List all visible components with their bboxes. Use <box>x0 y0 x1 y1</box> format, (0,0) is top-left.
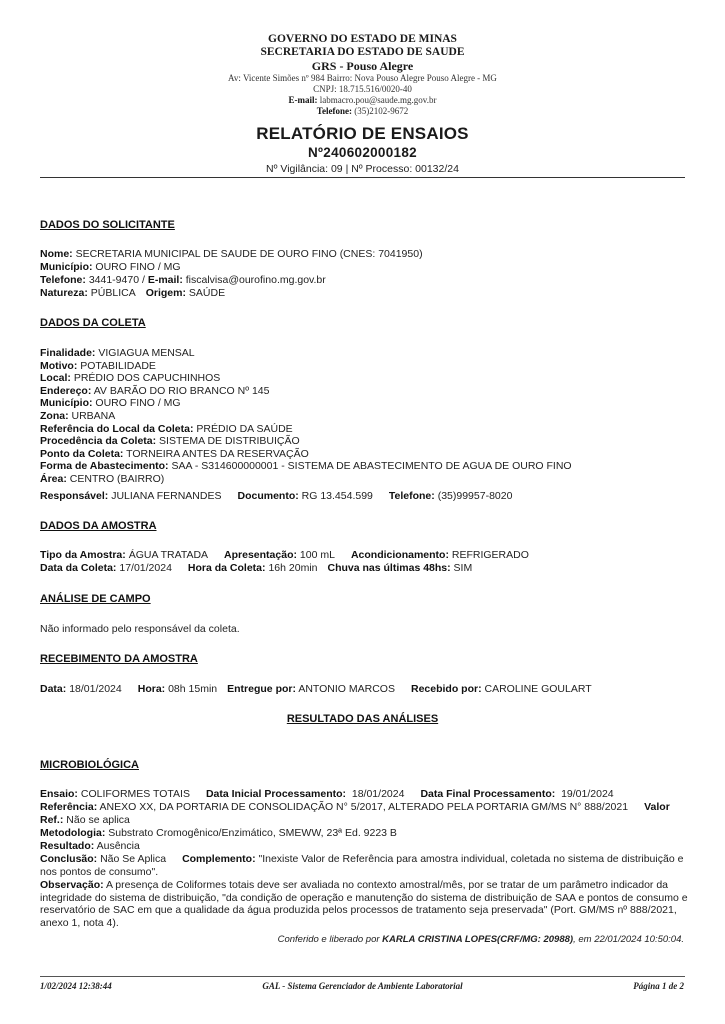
field-value: SIM <box>454 562 473 574</box>
field-value: 18/01/2024 <box>69 683 122 695</box>
coleta-field-row: Forma de Abastecimento: SAA - S314600000… <box>40 460 572 473</box>
field-value: 19/01/2024 <box>561 788 614 800</box>
header-divider <box>40 177 685 178</box>
field-label: Local: <box>40 372 71 384</box>
field-value: POTABILIDADE <box>80 360 156 372</box>
field-value: AV BARÃO DO RIO BRANCO Nº 145 <box>94 385 270 397</box>
field-label: Recebido por: <box>411 683 482 695</box>
org-line-1: GOVERNO DO ESTADO DE MINAS <box>0 33 725 46</box>
field-label: Natureza: <box>40 287 88 299</box>
org-address: Av: Vicente Simões nº 984 Bairro: Nova P… <box>0 73 725 84</box>
field-label: Acondicionamento: <box>351 549 449 561</box>
field-value: ANTONIO MARCOS <box>298 683 395 695</box>
field-label: Município: <box>40 261 93 273</box>
field-label: Forma de Abastecimento: <box>40 460 169 472</box>
field-value: SAÚDE <box>189 287 225 299</box>
report-number: Nº240602000182 <box>0 145 725 161</box>
field-value: ANEXO XX, DA PORTARIA DE CONSOLIDAÇÃO N°… <box>100 801 629 813</box>
field-value: OURO FINO / MG <box>95 261 180 273</box>
email-link[interactable]: fiscalvisa@ourofino.mg.gov.br <box>186 274 326 286</box>
coleta-field-row: Local: PRÉDIO DOS CAPUCHINHOS <box>40 372 220 385</box>
coleta-field-row: Ponto da Coleta: TORNEIRA ANTES DA RESER… <box>40 448 309 461</box>
field-label: Data Inicial Processamento: <box>206 788 346 800</box>
field-label: E-mail: <box>148 274 183 286</box>
field-value: JULIANA FERNANDES <box>111 490 221 502</box>
org-cnpj: CNPJ: 18.715.516/0020-40 <box>0 84 725 95</box>
signoff-line: Conferido e liberado por KARLA CRISTINA … <box>278 934 684 946</box>
recebimento-line: Data: 18/01/2024Hora: 08h 15minEntregue … <box>40 683 592 696</box>
field-value: PÚBLICA <box>91 287 136 299</box>
field-value: COLIFORMES TOTAIS <box>81 788 190 800</box>
report-title: RELATÓRIO DE ENSAIOS <box>0 124 725 144</box>
field-value: URBANA <box>72 410 116 422</box>
signoff-date: , em 22/01/2024 10:50:04. <box>573 934 684 945</box>
ensaio-line: Ensaio: COLIFORMES TOTAISData Inicial Pr… <box>40 788 614 801</box>
field-label: Referência: <box>40 801 97 813</box>
field-value: VIGIAGUA MENSAL <box>98 347 194 359</box>
field-label: Endereço: <box>40 385 91 397</box>
org-email-label: E-mail: <box>289 95 318 105</box>
field-value: Não Se Aplica <box>100 853 166 865</box>
field-label: Entregue por: <box>227 683 296 695</box>
observacao-paragraph: Observação: A presença de Coliformes tot… <box>40 879 688 929</box>
coleta-field-row: Finalidade: VIGIAGUA MENSAL <box>40 347 195 360</box>
field-label: Procedência da Coleta: <box>40 435 156 447</box>
solicitante-municipio: Município: OURO FINO / MG <box>40 261 181 274</box>
coleta-responsavel: Responsável: JULIANA FERNANDESDocumento:… <box>40 490 512 503</box>
coleta-field-row: Endereço: AV BARÃO DO RIO BRANCO Nº 145 <box>40 385 269 398</box>
field-label: Ref.: <box>40 814 63 826</box>
field-label: Data da Coleta: <box>40 562 116 574</box>
field-value: RG 13.454.599 <box>302 490 373 502</box>
coleta-field-row: Município: OURO FINO / MG <box>40 397 181 410</box>
solicitante-natureza: Natureza: PÚBLICAOrigem: SAÚDE <box>40 287 225 300</box>
ref-line: Ref.: Não se aplica <box>40 814 130 827</box>
field-label: Telefone: <box>389 490 435 502</box>
field-label: Hora da Coleta: <box>188 562 266 574</box>
coleta-field-row: Procedência da Coleta: SISTEMA DE DISTRI… <box>40 435 300 448</box>
coleta-field-row: Referência do Local da Coleta: PRÉDIO DA… <box>40 423 293 436</box>
metodologia-line: Metodologia: Substrato Cromogênico/Enzim… <box>40 827 397 840</box>
solicitante-contato: Telefone: 3441-9470 / E-mail: fiscalvisa… <box>40 274 326 287</box>
campo-text: Não informado pelo responsável da coleta… <box>40 623 240 636</box>
field-label: Tipo da Amostra: <box>40 549 126 561</box>
footer-page-number: Página 1 de 2 <box>633 981 684 992</box>
section-heading-microbiologica: MICROBIOLÓGICA <box>40 759 139 772</box>
field-label: Zona: <box>40 410 69 422</box>
field-label: Chuva nas últimas 48hs: <box>328 562 451 574</box>
org-phone: Telefone: (35)2102-9672 <box>0 106 725 117</box>
field-label: Telefone: <box>40 274 86 286</box>
field-value: SAA - S314600000001 - SISTEMA DE ABASTEC… <box>171 460 571 472</box>
field-value: Substrato Cromogênico/Enzimático, SMEWW,… <box>108 827 397 839</box>
field-label: Ponto da Coleta: <box>40 448 123 460</box>
field-label: Hora: <box>138 683 165 695</box>
field-value: 08h 15min <box>168 683 217 695</box>
org-phone-value: (35)2102-9672 <box>354 106 408 116</box>
field-value: CAROLINE GOULART <box>485 683 592 695</box>
field-value: A presença de Coliformes totais deve ser… <box>40 879 688 929</box>
org-line-2: SECRETARIA DO ESTADO DE SAUDE <box>0 46 725 59</box>
field-value: 100 mL <box>300 549 335 561</box>
solicitante-nome: Nome: SECRETARIA MUNICIPAL DE SAUDE DE O… <box>40 248 423 261</box>
field-label: Origem: <box>146 287 186 299</box>
section-heading-recebimento: RECEBIMENTO DA AMOSTRA <box>40 653 198 666</box>
field-value: Não se aplica <box>66 814 130 826</box>
field-label: Motivo: <box>40 360 77 372</box>
field-value: REFRIGERADO <box>452 549 529 561</box>
field-label: Apresentação: <box>224 549 297 561</box>
field-label: Conclusão: <box>40 853 97 865</box>
field-value: ÁGUA TRATADA <box>129 549 208 561</box>
field-value: 3441-9470 / <box>89 274 145 286</box>
referencia-line: Referência: ANEXO XX, DA PORTARIA DE CON… <box>40 801 670 814</box>
section-heading-coleta: DADOS DA COLETA <box>40 317 146 330</box>
org-email-value: labmacro.pou@saude.mg.gov.br <box>320 95 437 105</box>
coleta-field-row: Motivo: POTABILIDADE <box>40 360 156 373</box>
section-heading-campo: ANÁLISE DE CAMPO <box>40 593 151 606</box>
footer-divider <box>40 976 685 977</box>
field-label: Resultado: <box>40 840 94 852</box>
field-value: 16h 20min <box>268 562 317 574</box>
org-email: E-mail: labmacro.pou@saude.mg.gov.br <box>0 95 725 106</box>
field-label: Responsável: <box>40 490 108 502</box>
field-value: 17/01/2024 <box>119 562 172 574</box>
resultado-line: Resultado: Ausência <box>40 840 140 853</box>
conclusao-paragraph: Conclusão: Não Se AplicaComplemento: "In… <box>40 853 688 878</box>
report-reference: Nº Vigilância: 09 | Nº Processo: 00132/2… <box>0 163 725 176</box>
signoff-name: KARLA CRISTINA LOPES(CRF/MG: 20988) <box>382 934 573 945</box>
coleta-field-row: Zona: URBANA <box>40 410 115 423</box>
section-heading-resultado: RESULTADO DAS ANÁLISES <box>0 713 725 726</box>
field-value: 18/01/2024 <box>352 788 405 800</box>
field-label: Data: <box>40 683 66 695</box>
field-label: Data Final Processamento: <box>420 788 555 800</box>
field-value: CENTRO (BAIRRO) <box>70 473 165 485</box>
field-label: Área: <box>40 473 67 485</box>
signoff-prefix: Conferido e liberado por <box>278 934 380 945</box>
report-page: GOVERNO DO ESTADO DE MINAS SECRETARIA DO… <box>0 0 725 1024</box>
coleta-field-row: Área: CENTRO (BAIRRO) <box>40 473 164 486</box>
field-value: PRÉDIO DA SAÚDE <box>196 423 292 435</box>
org-line-3: GRS - Pouso Alegre <box>0 59 725 73</box>
field-label: Referência do Local da Coleta: <box>40 423 193 435</box>
field-label: Observação: <box>40 879 104 891</box>
field-label: Nome: <box>40 248 73 260</box>
section-heading-amostra: DADOS DA AMOSTRA <box>40 520 157 533</box>
field-label: Documento: <box>237 490 298 502</box>
field-value: SECRETARIA MUNICIPAL DE SAUDE DE OURO FI… <box>76 248 423 260</box>
field-value: (35)99957-8020 <box>438 490 513 502</box>
section-heading-solicitante: DADOS DO SOLICITANTE <box>40 219 175 232</box>
field-label: Finalidade: <box>40 347 95 359</box>
field-value: SISTEMA DE DISTRIBUIÇÃO <box>159 435 300 447</box>
amostra-line-2: Data da Coleta: 17/01/2024Hora da Coleta… <box>40 562 472 575</box>
field-label: Complemento: <box>182 853 256 865</box>
field-label: Metodologia: <box>40 827 105 839</box>
footer-system-name: GAL - Sistema Gerenciador de Ambiente La… <box>0 981 725 992</box>
field-label: Município: <box>40 397 93 409</box>
field-label: Ensaio: <box>40 788 78 800</box>
result-value: Ausência <box>97 840 140 852</box>
org-phone-label: Telefone: <box>317 106 352 116</box>
field-value: PRÉDIO DOS CAPUCHINHOS <box>74 372 220 384</box>
amostra-line-1: Tipo da Amostra: ÁGUA TRATADAApresentaçã… <box>40 549 529 562</box>
field-label: Valor <box>644 801 670 813</box>
field-value: TORNEIRA ANTES DA RESERVAÇÃO <box>126 448 309 460</box>
field-value: OURO FINO / MG <box>95 397 180 409</box>
